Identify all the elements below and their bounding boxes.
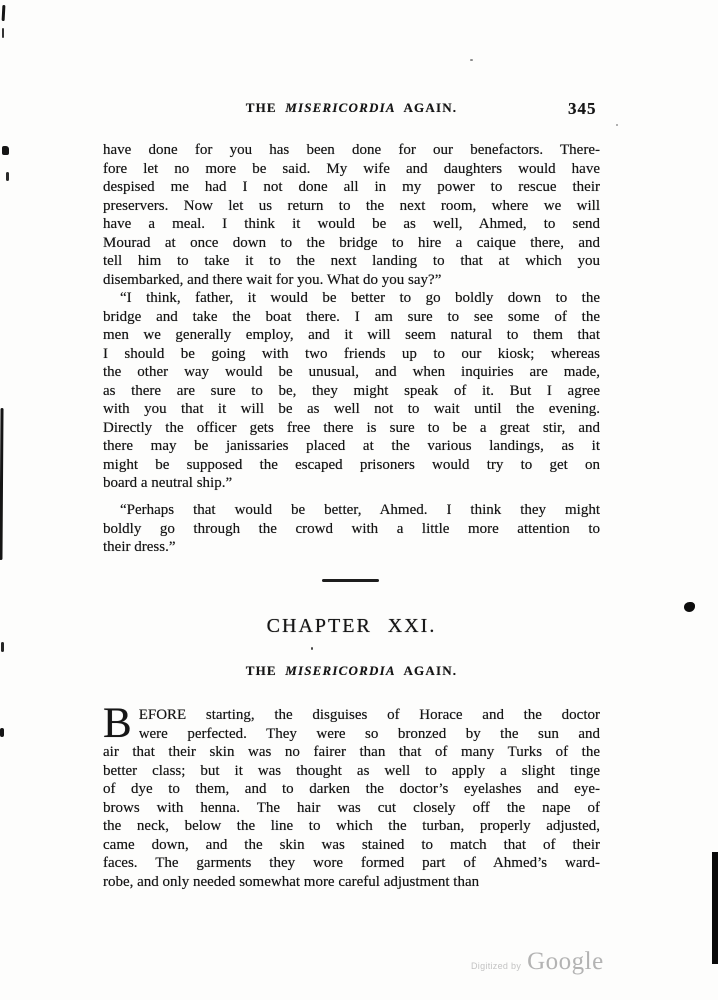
chapter-heading: CHAPTER XXI. (103, 615, 600, 638)
paragraph-dropcap: B EFORE starting, the disguises of Horac… (103, 706, 600, 891)
google-logo: Google (527, 948, 604, 976)
paragraph: have done for you has been done for our … (103, 141, 600, 289)
text-line: have a meal. I think it would be as well… (103, 215, 600, 234)
text-line: despised me had I not done all in my pow… (103, 178, 600, 197)
text-line: came down, and the skin was stained to m… (103, 836, 600, 855)
text-line: might be supposed the escaped prisoners … (103, 456, 600, 475)
text-line: as there are sure to be, they might spea… (103, 382, 600, 401)
scan-artifact (1, 642, 4, 652)
text-line: with you that it will be as well not to … (103, 400, 600, 419)
scan-speck (311, 647, 313, 650)
paragraph: “Perhaps that would be better, Ahmed. I … (103, 501, 600, 557)
scan-speck (470, 59, 473, 61)
text-line: preservers. Now let us return to the nex… (103, 197, 600, 216)
text-line: men we generally employ, and it will see… (103, 326, 600, 345)
book-page-scan: THE MISERICORDIA AGAIN. 345 have done fo… (0, 0, 718, 1000)
scan-artifact (2, 146, 9, 155)
text-line: “Perhaps that would be better, Ahmed. I … (103, 501, 600, 520)
text-line: I should be going with two friends up to… (103, 345, 600, 364)
text-line: there may be janissaries placed at the v… (103, 437, 600, 456)
subtitle-pre: THE (246, 663, 286, 678)
chapter-subtitle: THE MISERICORDIA AGAIN. (103, 663, 600, 679)
text-line: disembarked, and there wait for you. Wha… (103, 271, 600, 290)
scan-speck (616, 124, 618, 126)
text-line: were perfected. They were so bronzed by … (139, 725, 600, 744)
scan-artifact (0, 728, 4, 737)
text-line: Mourad at once down to the bridge to hir… (103, 234, 600, 253)
text-line: “I think, father, it would be better to … (103, 289, 600, 308)
subtitle-italic: MISERICORDIA (285, 663, 396, 678)
digitized-watermark: Digitized by Google (471, 948, 604, 976)
text-line: fore let no more be said. My wife and da… (103, 160, 600, 179)
text-line: robe, and only needed somewhat more care… (103, 873, 600, 892)
page-number: 345 (568, 99, 597, 119)
watermark-prefix: Digitized by (471, 961, 521, 971)
header-title-italic: MISERICORDIA (285, 100, 396, 115)
text-line: board a neutral ship.” (103, 474, 600, 493)
text-line: their dress.” (103, 538, 600, 557)
section-divider-rule (322, 579, 379, 582)
text-line: air that their skin was no fairer than t… (103, 743, 600, 762)
scan-edge-bar (712, 852, 718, 964)
text-line: have done for you has been done for our … (103, 141, 600, 160)
text-line: brows with henna. The hair was cut close… (103, 799, 600, 818)
text-line: EFORE starting, the disguises of Horace … (139, 706, 600, 725)
scan-artifact-streak (0, 408, 4, 560)
header-title-post: AGAIN. (396, 100, 458, 115)
scan-artifact (2, 28, 4, 38)
text-line: boldly go through the crowd with a littl… (103, 520, 600, 539)
scan-artifact (2, 5, 6, 21)
scan-artifact (6, 172, 9, 181)
text-line: the other way would be unusual, and when… (103, 363, 600, 382)
text-line: Directly the officer gets free there is … (103, 419, 600, 438)
header-title-pre: THE (246, 100, 286, 115)
paragraph: “I think, father, it would be better to … (103, 289, 600, 493)
text-line: tell him to take it to the next landing … (103, 252, 600, 271)
text-line: the neck, below the line to which the tu… (103, 817, 600, 836)
subtitle-post: AGAIN. (396, 663, 458, 678)
text-line: better class; but it was thought as well… (103, 762, 600, 781)
running-header: THE MISERICORDIA AGAIN. (103, 100, 600, 116)
drop-cap-letter: B (103, 707, 132, 743)
text-line: bridge and take the boat there. I am sur… (103, 308, 600, 327)
text-line: of dye to them, and to darken the doctor… (103, 780, 600, 799)
text-line: faces. The garments they wore formed par… (103, 854, 600, 873)
ink-blot (684, 602, 695, 612)
